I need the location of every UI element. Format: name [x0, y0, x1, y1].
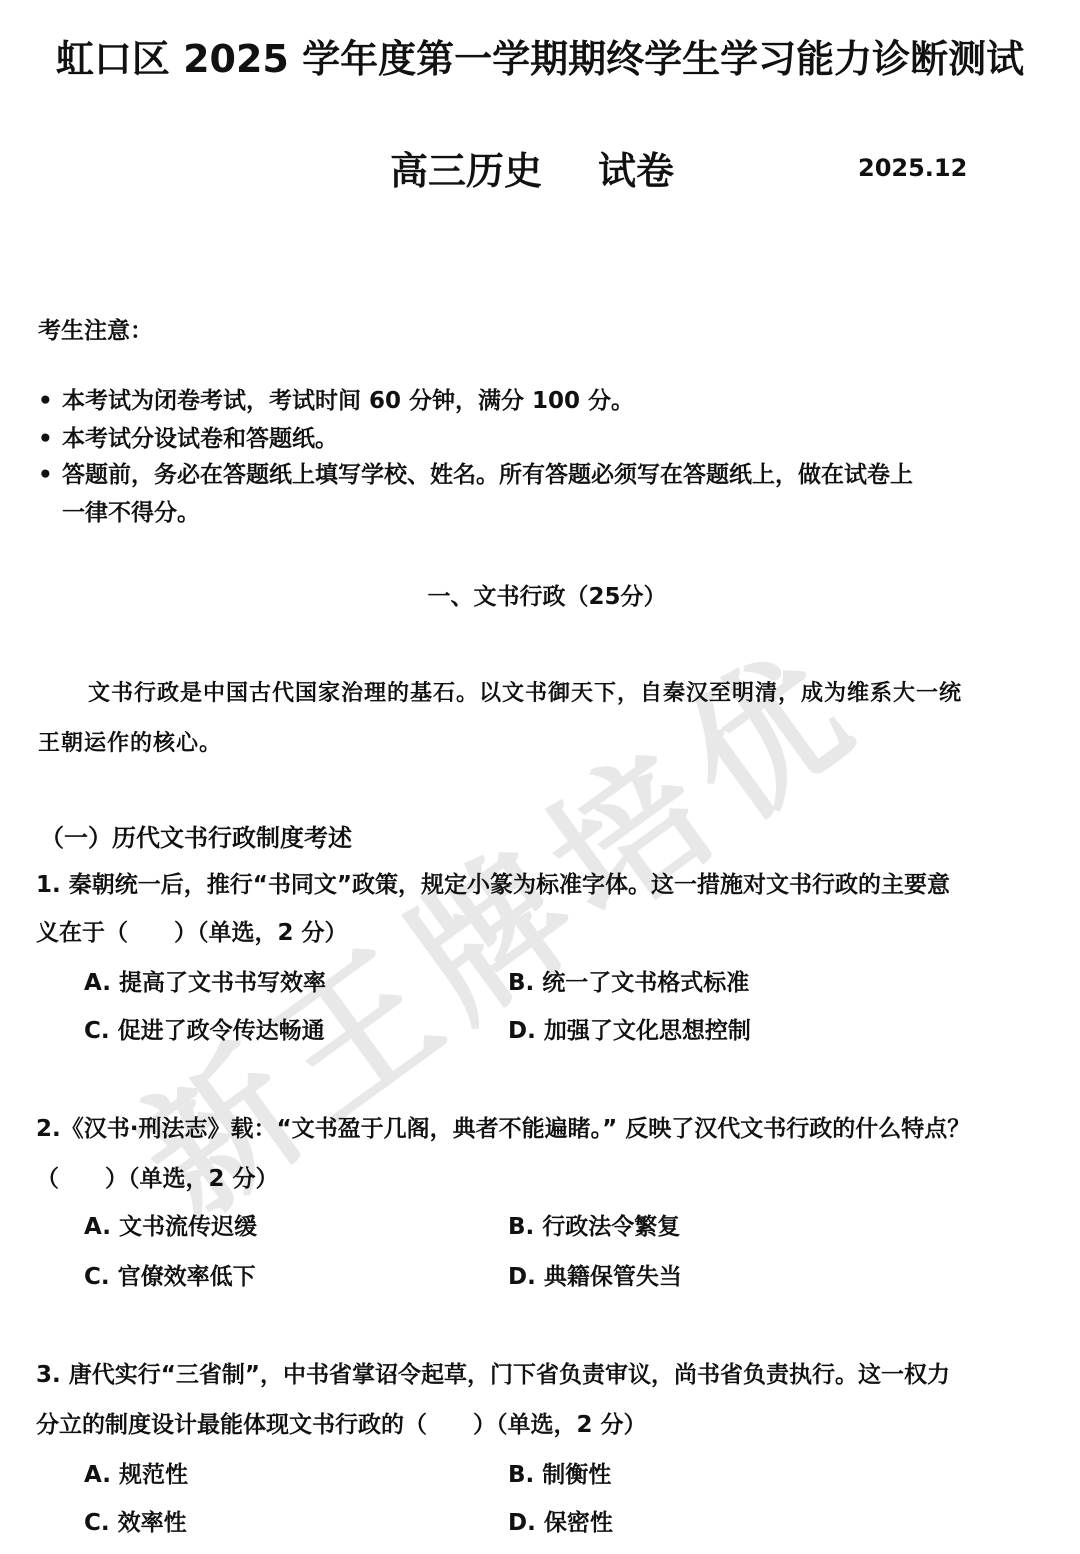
section-intro-line1: 文书行政是中国古代国家治理的基石。以文书御天下，自秦汉至明清，成为维系大一统: [88, 676, 962, 707]
question-3-option-c: C. 效率性: [84, 1504, 187, 1537]
notice-item: •本考试为闭卷考试，考试时间 60 分钟，满分 100 分。: [38, 382, 634, 415]
question-2-option-a: A. 文书流传迟缓: [84, 1208, 257, 1241]
question-2-line2: （ ）（单选，2 分）: [36, 1160, 279, 1193]
notice-item-continuation: 一律不得分。: [62, 494, 200, 527]
question-3-line2: 分立的制度设计最能体现文书行政的（ ）（单选，2 分）: [36, 1406, 647, 1439]
exam-subtitle: 高三历史试卷: [390, 140, 674, 195]
section-title: 一、文书行政（25分）: [0, 578, 1080, 611]
notice-item: •答题前，务必在答题纸上填写学校、姓名。所有答题必须写在答题纸上，做在试卷上: [38, 456, 913, 489]
question-1-option-c: C. 促进了政令传达畅通: [84, 1012, 325, 1045]
question-1-option-d: D. 加强了文化思想控制: [508, 1012, 751, 1045]
question-2-line1: 2.《汉书·刑法志》载：“文书盈于几阁，典者不能遍睹。” 反映了汉代文书行政的什…: [36, 1110, 970, 1143]
question-2-option-b: B. 行政法令繁复: [508, 1208, 680, 1241]
exam-title: 虹口区 2025 学年度第一学期期终学生学习能力诊断测试: [0, 28, 1080, 83]
bullet-icon: •: [38, 388, 62, 414]
question-1-option-a: A. 提高了文书书写效率: [84, 964, 326, 997]
exam-date: 2025.12: [858, 154, 967, 182]
notice-item: •本考试分设试卷和答题纸。: [38, 420, 338, 453]
paper-type-label: 试卷: [598, 149, 674, 193]
question-3-option-d: D. 保密性: [508, 1504, 613, 1537]
question-1-line2: 义在于（ ）（单选，2 分）: [36, 914, 348, 947]
question-1-option-b: B. 统一了文书格式标准: [508, 964, 749, 997]
bullet-icon: •: [38, 426, 62, 452]
notice-heading: 考生注意：: [38, 312, 153, 345]
subsection-title: （一）历代文书行政制度考述: [40, 818, 352, 853]
question-3-option-b: B. 制衡性: [508, 1456, 611, 1489]
section-intro-line2: 王朝运作的核心。: [38, 726, 222, 757]
subject-label: 高三历史: [390, 149, 542, 193]
question-1-line1: 1. 秦朝统一后，推行“书同文”政策，规定小篆为标准字体。这一措施对文书行政的主…: [36, 866, 950, 899]
question-2-option-c: C. 官僚效率低下: [84, 1258, 256, 1291]
question-3-line1: 3. 唐代实行“三省制”，中书省掌诏令起草，门下省负责审议，尚书省负责执行。这一…: [36, 1356, 950, 1389]
question-3-option-a: A. 规范性: [84, 1456, 188, 1489]
bullet-icon: •: [38, 462, 62, 488]
question-2-option-d: D. 典籍保管失当: [508, 1258, 682, 1291]
